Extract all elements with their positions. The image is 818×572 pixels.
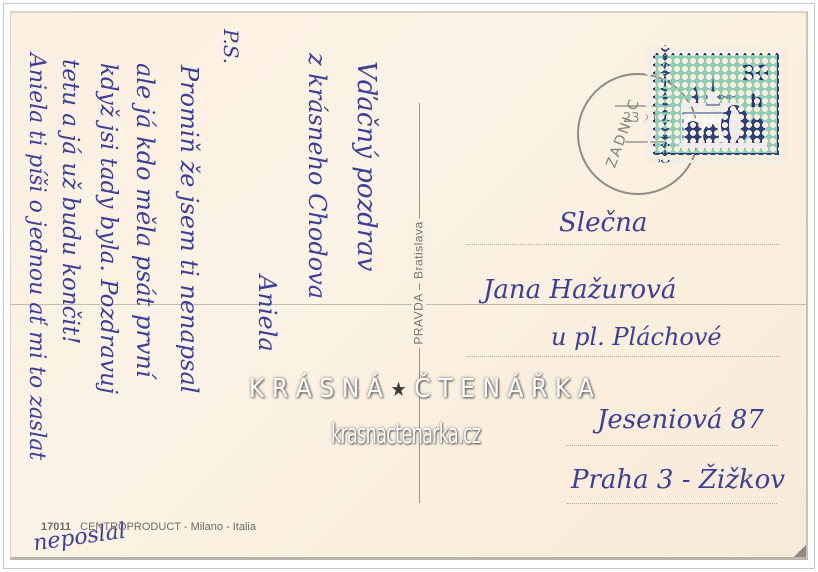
postage-stamp: ČESKOSLOVENSKO 30 h KOŠICE bbox=[645, 45, 787, 163]
address-care-of: u pl. Pláchové bbox=[551, 323, 722, 351]
address-rule bbox=[467, 356, 779, 357]
message-line: z krásneho Chodova bbox=[303, 53, 331, 299]
address-city: Praha 3 - Žižkov bbox=[571, 465, 785, 495]
watermark-letter: N bbox=[342, 374, 360, 404]
watermark-letter: Ř bbox=[531, 374, 547, 404]
watermark-letter: Á bbox=[296, 374, 312, 404]
message-line: Vďačný pozdrav bbox=[351, 61, 381, 271]
watermark-letter: K bbox=[249, 374, 264, 404]
watermark-letter: R bbox=[272, 374, 288, 404]
cathedral-illustration-icon bbox=[677, 73, 769, 151]
address-street: Jeseniová 87 bbox=[597, 405, 764, 435]
watermark-title: KRÁSNÁ★ČTENÁŘKA bbox=[249, 371, 594, 407]
watermark-star-icon: ★ bbox=[391, 377, 407, 401]
stamp-country: ČESKOSLOVENSKO bbox=[657, 59, 675, 149]
postmark-place: ZADNI C bbox=[603, 96, 643, 170]
address-rule bbox=[567, 503, 777, 504]
watermark-letter: Á bbox=[367, 374, 383, 404]
message-line: Promiň že jsem ti nenapsal bbox=[175, 65, 203, 393]
watermark-letter: K bbox=[555, 374, 570, 404]
message-line: ale já kdo měla psát první bbox=[131, 63, 159, 378]
watermark-letter: Č bbox=[414, 374, 430, 404]
address-rule bbox=[567, 445, 777, 446]
stamp-city: KOŠICE bbox=[717, 95, 735, 101]
watermark-letter: S bbox=[319, 374, 334, 404]
address-salutation: Slečna bbox=[559, 208, 647, 238]
message-signature: Aniela bbox=[253, 275, 281, 352]
message-ps: P.S. bbox=[219, 29, 243, 64]
postcard: PRAVDA – Bratislava P.S. Vďačný pozdrav … bbox=[10, 11, 808, 560]
watermark-url: krasnactenarka.cz bbox=[331, 417, 480, 450]
watermark-letter: T bbox=[438, 374, 452, 404]
divider-publisher-text: PRAVDA – Bratislava bbox=[409, 193, 429, 373]
address-name: Jana Hažurová bbox=[483, 275, 676, 305]
address-rule bbox=[467, 244, 779, 245]
publisher-imprint: 17011 CENTROPRODUCT - Milano - Italia bbox=[41, 521, 256, 533]
watermark-letter: N bbox=[482, 374, 500, 404]
watermark-letter: E bbox=[460, 374, 475, 404]
message-line: tetu a já už budu končit! bbox=[57, 59, 83, 344]
message-line: Aniela ti píši o jednou ať mi to zaslat bbox=[24, 53, 49, 460]
watermark-letter: A bbox=[578, 374, 594, 404]
watermark-letter: Á bbox=[508, 374, 524, 404]
message-line: když jsi tady byla. Pozdravuj bbox=[95, 63, 121, 394]
